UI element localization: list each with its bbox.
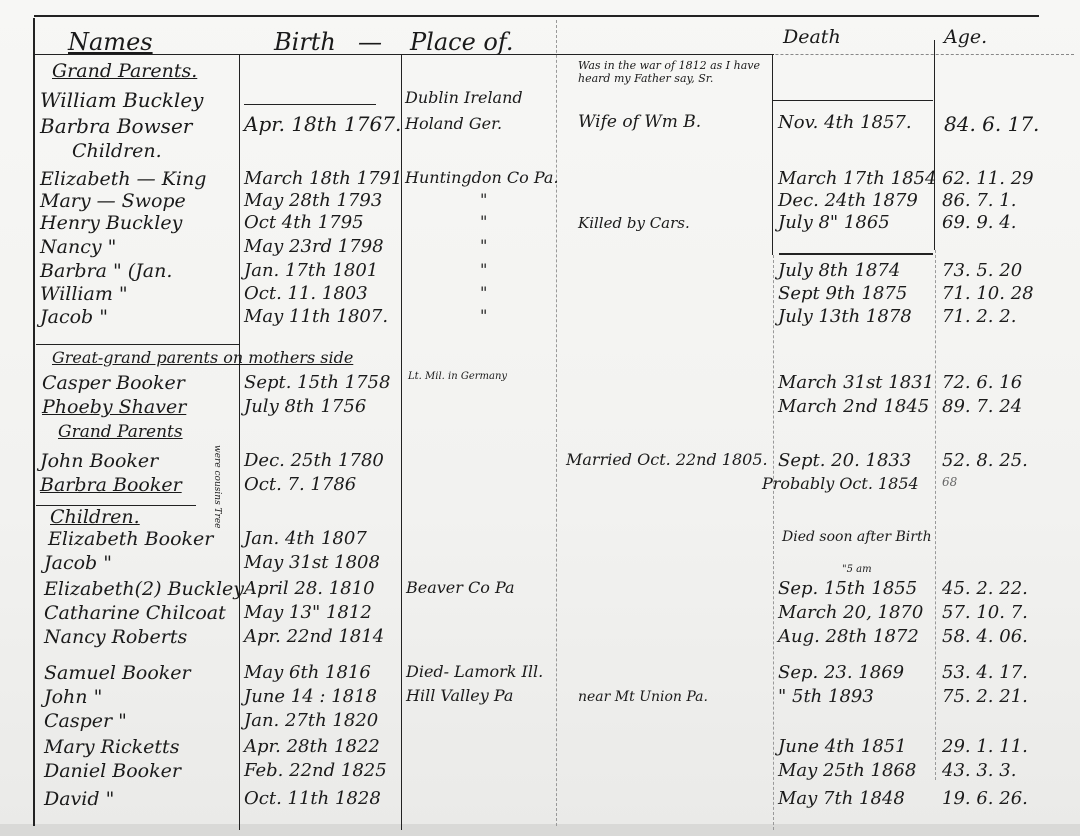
death-cell: Sept 9th 1875 [778, 285, 907, 303]
death-cell: July 8th 1874 [778, 262, 900, 280]
birth-rule-top [244, 104, 376, 105]
place-cell: " [480, 238, 487, 254]
col-divider-death-age [934, 40, 935, 250]
death-cell: May 7th 1848 [778, 790, 905, 808]
name-cell: Jacob " [44, 554, 112, 573]
death-cell: March 20, 1870 [778, 604, 923, 622]
name-cell: Barbra Booker [40, 476, 182, 495]
birth-cell: Oct. 11th 1828 [244, 790, 381, 808]
birth-cell: Apr. 28th 1822 [244, 738, 380, 756]
name-cell: Phoeby Shaver [42, 398, 186, 417]
age-cell: 72. 6. 16 [942, 374, 1022, 392]
name-cell: Elizabeth(2) Buckley [44, 580, 244, 599]
age-cell: 45. 2. 22. [942, 580, 1028, 598]
age-cell: 57. 10. 7. [942, 604, 1028, 622]
age-cell: 86. 7. 1. [942, 192, 1016, 210]
side-note-cousins: were cousins Tree [212, 445, 222, 529]
top-border [34, 15, 1039, 17]
header-death: Death [783, 28, 841, 47]
note-cell: Killed by Cars. [578, 216, 690, 231]
note-cell: Wife of Wm B. [578, 114, 701, 131]
name-cell: Elizabeth Booker [48, 530, 213, 549]
death-cell: March 31st 1831 [778, 374, 934, 392]
note-cell: Was in the war of 1812 as I have heard m… [578, 60, 768, 85]
age-cell: 62. 11. 29 [942, 170, 1034, 188]
death-time-note: "5 am [842, 565, 872, 575]
age-cell: 73. 5. 20 [942, 262, 1022, 280]
age-cell: 19. 6. 26. [942, 790, 1028, 808]
name-cell: Nancy " [40, 238, 116, 257]
section-heading: Children. [50, 508, 140, 527]
note-cell: Married Oct. 22nd 1805. [566, 452, 768, 468]
place-cell: Hill Valley Pa [406, 688, 513, 704]
place-cell: Holand Ger. [405, 116, 502, 132]
name-cell: Mary — Swope [40, 192, 186, 211]
name-cell: Casper Booker [42, 374, 185, 393]
note-cell: Lt. Mil. in Germany [408, 372, 507, 382]
death-rule-top [773, 100, 933, 101]
age-cell: 84. 6. 17. [944, 114, 1039, 134]
death-cell: May 25th 1868 [778, 762, 916, 780]
age-cell: 69. 9. 4. [942, 214, 1016, 232]
death-cell: Nov. 4th 1857. [778, 114, 912, 132]
name-cell: John Booker [40, 452, 158, 471]
death-cell: Sept. 20. 1833 [778, 452, 911, 470]
header-place: Place of. [410, 30, 514, 54]
name-cell: Elizabeth — King [40, 170, 206, 189]
death-cell: March 2nd 1845 [778, 398, 929, 416]
name-cell: Daniel Booker [44, 762, 181, 781]
col-divider-note-death-lower [773, 255, 774, 830]
birth-cell: Apr. 22nd 1814 [244, 628, 384, 646]
section-heading: Great-grand parents on mothers side [52, 350, 353, 366]
name-cell: Samuel Booker [44, 664, 191, 683]
section-heading: Grand Parents. [52, 62, 197, 81]
birth-cell: Oct. 7. 1786 [244, 476, 356, 494]
place-cell: Huntingdon Co Pa. [405, 170, 559, 186]
birth-cell: Dec. 25th 1780 [244, 452, 384, 470]
death-cell: July 8" 1865 [778, 214, 890, 232]
death-cell: Aug. 28th 1872 [778, 628, 919, 646]
birth-cell: Oct 4th 1795 [244, 214, 364, 232]
birth-cell: Jan. 27th 1820 [244, 712, 378, 730]
age-cell: 43. 3. 3. [942, 762, 1016, 780]
name-cell: Casper " [44, 712, 127, 731]
birth-cell: June 14 : 1818 [244, 688, 377, 706]
section-rule-great-grandparents [36, 344, 239, 345]
age-cell: 53. 4. 17. [942, 664, 1028, 682]
death-cell: June 4th 1851 [778, 738, 907, 756]
section-heading: Children. [72, 142, 162, 161]
age-cell: 52. 8. 25. [942, 452, 1028, 470]
birth-cell: May 6th 1816 [244, 664, 371, 682]
age-cell: 89. 7. 24 [942, 398, 1022, 416]
name-cell: Jacob " [40, 308, 108, 327]
place-cell: " [480, 214, 487, 230]
place-cell: " [480, 192, 487, 208]
age-cell: 68 [942, 476, 957, 488]
place-cell: " [480, 262, 487, 278]
place-cell: Dublin Ireland [405, 90, 523, 106]
header-dash: — [358, 30, 382, 54]
place-cell: " [480, 308, 487, 324]
birth-cell: Jan. 4th 1807 [244, 530, 367, 548]
birth-cell: Feb. 22nd 1825 [244, 762, 387, 780]
age-cell: 29. 1. 11. [942, 738, 1028, 756]
header-names: Names [68, 30, 153, 54]
place-cell: " [480, 285, 487, 301]
name-cell: Henry Buckley [40, 214, 182, 233]
birth-cell: May 23rd 1798 [244, 238, 384, 256]
name-cell: Barbra Bowser [40, 116, 192, 136]
birth-cell: April 28. 1810 [244, 580, 375, 598]
section-heading: Grand Parents [58, 424, 183, 441]
birth-cell: May 13" 1812 [244, 604, 372, 622]
header-age: Age. [944, 28, 987, 47]
death-cell: March 17th 1854 [778, 170, 936, 188]
birth-cell: May 28th 1793 [244, 192, 382, 210]
left-border [33, 18, 35, 826]
name-cell: Catharine Chilcoat [44, 604, 226, 623]
death-cell: Sep. 15th 1855 [778, 580, 917, 598]
death-cell: July 13th 1878 [778, 308, 912, 326]
death-cell: Sep. 23. 1869 [778, 664, 904, 682]
name-cell: William " [40, 285, 128, 304]
name-cell: Nancy Roberts [44, 628, 187, 647]
death-cell: " 5th 1893 [778, 688, 874, 706]
birth-cell: May 11th 1807. [244, 308, 388, 326]
col-divider-death-age-lower [935, 250, 936, 780]
age-cell: 71. 2. 2. [942, 308, 1016, 326]
death-rule-mid [779, 253, 933, 255]
birth-cell: May 31st 1808 [244, 554, 380, 572]
note-cell: near Mt Union Pa. [578, 690, 708, 704]
name-cell: Barbra " (Jan. [40, 262, 172, 281]
col-divider-place-note [556, 20, 557, 826]
birth-cell: Jan. 17th 1801 [244, 262, 378, 280]
birth-cell: Oct. 11. 1803 [244, 285, 368, 303]
age-cell: 75. 2. 21. [942, 688, 1028, 706]
name-cell: Mary Ricketts [44, 738, 179, 757]
birth-cell: July 8th 1756 [244, 398, 366, 416]
birth-cell: Sept. 15th 1758 [244, 374, 390, 392]
death-cell: Probably Oct. 1854 [762, 476, 919, 492]
page-edge [0, 824, 1080, 836]
col-divider-name-birth [239, 55, 240, 830]
birth-cell: Apr. 18th 1767. [244, 114, 401, 134]
place-cell: Died- Lamork Ill. [406, 664, 543, 680]
death-cell: Dec. 24th 1879 [778, 192, 918, 210]
name-cell: William Buckley [40, 90, 203, 110]
place-cell: Beaver Co Pa [406, 580, 515, 596]
death-cell: Died soon after Birth [782, 530, 932, 544]
age-cell: 58. 4. 06. [942, 628, 1028, 646]
header-birth: Birth [274, 30, 336, 54]
name-cell: John " [44, 688, 102, 707]
col-divider-note-death [772, 55, 773, 255]
name-cell: David " [44, 790, 114, 809]
age-cell: 71. 10. 28 [942, 285, 1034, 303]
birth-cell: March 18th 1791 [244, 170, 402, 188]
